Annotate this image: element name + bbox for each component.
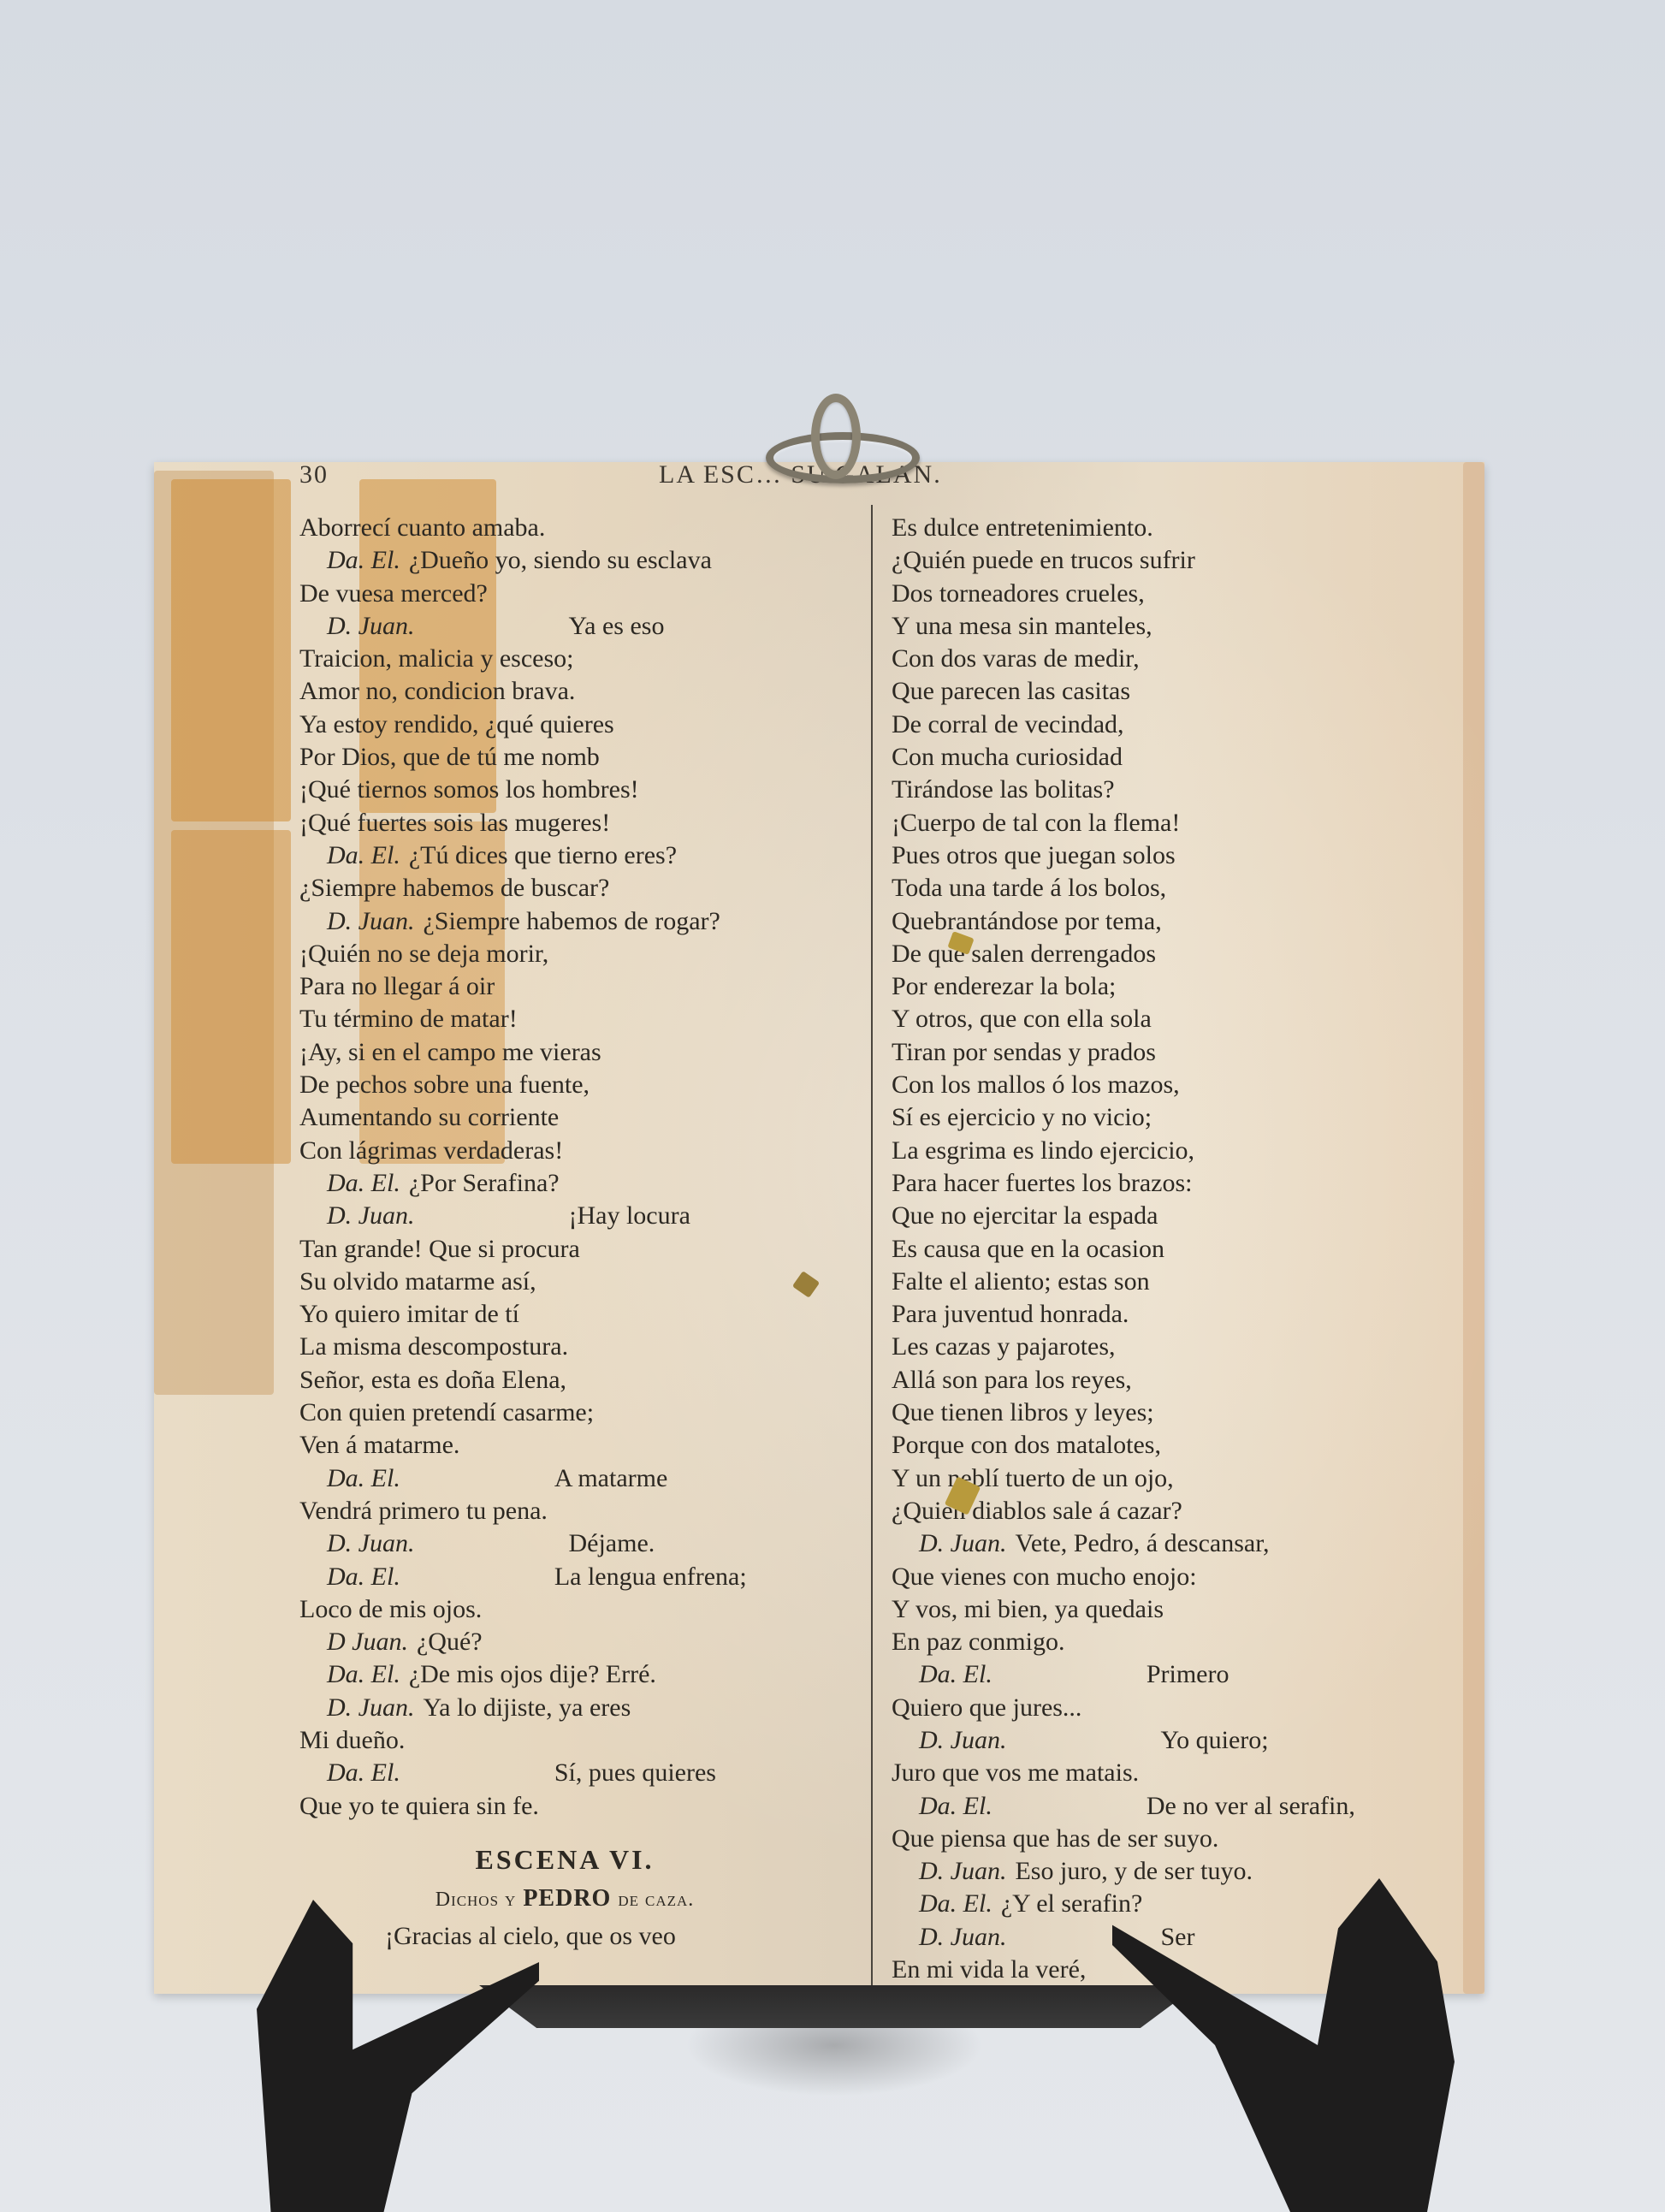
verse-text: ¿Dueño yo, siendo su esclava [409, 546, 712, 574]
verse-text: ¡Hay locura [568, 1201, 690, 1230]
verse-line: La misma descompostura. [299, 1331, 984, 1363]
verse-text: Loco de mis ojos. [299, 1595, 482, 1623]
speaker-name: D. Juan. [327, 907, 414, 935]
verse-text: Déjame. [568, 1529, 655, 1557]
verse-line: Porque con dos matalotes, [892, 1429, 1473, 1462]
stand-back [479, 1985, 1198, 2028]
right-column: Es dulce entretenimiento.¿Quién puede en… [892, 512, 1473, 1986]
verse-text: Para no llegar á oir [299, 972, 495, 1000]
verse-text: Por Dios, que de tú me nomb [299, 743, 600, 771]
verse-line: Loco de mis ojos. [299, 1593, 984, 1626]
verse-text: Juro que vos me matais. [892, 1758, 1139, 1787]
verse-text: A matarme [554, 1464, 667, 1492]
verse-line: Tan grande! Que si procura [299, 1233, 984, 1266]
verse-line: Que no ejercitar la espada [892, 1200, 1473, 1232]
verse-text: ¿Qué? [417, 1628, 483, 1656]
verse-line: ¡Cuerpo de tal con la flema! [892, 807, 1473, 839]
verse-line: Que tienen libros y leyes; [892, 1397, 1473, 1429]
verse-line: Da. El.La lengua enfrena; [299, 1561, 984, 1593]
verse-line: Que piensa que has de ser suyo. [892, 1823, 1473, 1855]
verse-line: Allá son para los reyes, [892, 1364, 1473, 1397]
verse-line: ¡Qué tiernos somos los hombres! [299, 774, 984, 806]
verse-text: ¿Quién puede en trucos sufrir [892, 546, 1195, 574]
verse-line: Para hacer fuertes los brazos: [892, 1167, 1473, 1200]
verse-text: Para hacer fuertes los brazos: [892, 1169, 1193, 1197]
verse-text: Dos torneadores crueles, [892, 579, 1145, 608]
verse-line: Tu término de matar! [299, 1003, 984, 1035]
verse-text: ¿Por Serafina? [409, 1169, 560, 1197]
verse-text: Toda una tarde á los bolos, [892, 874, 1166, 902]
verse-line: Da. El.¿Tú dices que tierno eres? [299, 839, 984, 872]
speaker-name: Da. El. [327, 546, 400, 574]
verse-line: Da. El.A matarme [299, 1462, 984, 1495]
verse-line: En paz conmigo. [892, 1626, 1473, 1658]
verse-text: Aborrecí cuanto amaba. [299, 513, 545, 542]
verse-line: Traicion, malicia y esceso; [299, 643, 984, 675]
verse-line: Tiran por sendas y prados [892, 1036, 1473, 1069]
speaker-name: D. Juan. [919, 1857, 1006, 1885]
verse-text: La esgrima es lindo ejercicio, [892, 1136, 1194, 1165]
verse-line: Es dulce entretenimiento. [892, 512, 1473, 544]
verse-text: Y otros, que con ella sola [892, 1005, 1152, 1033]
verse-line: Y una mesa sin manteles, [892, 610, 1473, 643]
verse-line: Da. El.Primero [892, 1658, 1473, 1691]
verse-line: Quebrantándose por tema, [892, 905, 1473, 938]
verse-text: Ven á matarme. [299, 1431, 459, 1459]
verse-line: Señor, esta es doña Elena, [299, 1364, 984, 1397]
verse-line: Da. El.¿De mis ojos dije? Erré. [299, 1658, 984, 1691]
verse-text: Allá son para los reyes, [892, 1366, 1132, 1394]
speaker-name: Da. El. [919, 1660, 992, 1688]
verse-text: Y vos, mi bien, ya quedais [892, 1595, 1164, 1623]
verse-text: De no ver al serafin, [1147, 1792, 1355, 1820]
verse-text: Mi dueño. [299, 1726, 405, 1754]
verse-line: Por enderezar la bola; [892, 970, 1473, 1003]
verse-line: Ven á matarme. [299, 1429, 984, 1462]
verse-text: Quiero que jures... [892, 1693, 1081, 1722]
verse-line: Da. El.Sí, pues quieres [299, 1757, 984, 1789]
verse-text: Que tienen libros y leyes; [892, 1398, 1154, 1426]
verse-text: En mi vida la veré, [892, 1955, 1086, 1984]
verse-text: Que parecen las casitas [892, 677, 1130, 705]
cast-name: PEDRO [523, 1885, 611, 1912]
verse-line: Que vienes con mucho enojo: [892, 1561, 1473, 1593]
verse-text: Pues otros que juegan solos [892, 841, 1176, 869]
verse-line: Quiero que jures... [892, 1692, 1473, 1724]
verse-text: La misma descompostura. [299, 1332, 568, 1361]
speaker-name: D. Juan. [327, 1201, 414, 1230]
verse-text: Amor no, condicion brava. [299, 677, 575, 705]
verse-text: Ya lo dijiste, ya eres [423, 1693, 631, 1722]
verse-line: Es causa que en la ocasion [892, 1233, 1473, 1266]
verse-text: ¡Cuerpo de tal con la flema! [892, 809, 1180, 837]
speaker-name: D. Juan. [327, 1529, 414, 1557]
verse-line: Mi dueño. [299, 1724, 984, 1757]
verse-line: D. Juan.Déjame. [299, 1527, 984, 1560]
photo-scene: 30 LA ESC… SU GALAN. Aborrecí cuanto ama… [0, 0, 1665, 2212]
framed-page: 30 LA ESC… SU GALAN. Aborrecí cuanto ama… [154, 462, 1484, 1994]
scene-heading: ESCENA VI. [299, 1843, 830, 1883]
verse-text: Que vienes con mucho enojo: [892, 1563, 1197, 1591]
verse-line: Con dos varas de medir, [892, 643, 1473, 675]
verse-text: Para juventud honrada. [892, 1300, 1129, 1328]
speaker-name: D. Juan. [919, 1529, 1006, 1557]
verse-line: ¡Gracias al cielo, que os veo [299, 1920, 984, 1953]
verse-text: De corral de vecindad, [892, 710, 1124, 738]
speaker-name: Da. El. [327, 1169, 400, 1197]
verse-text: Y una mesa sin manteles, [892, 612, 1152, 640]
verse-text: Que no ejercitar la espada [892, 1201, 1158, 1230]
verse-text: Con mucha curiosidad [892, 743, 1123, 771]
verse-text: ¿Siempre habemos de rogar? [423, 907, 720, 935]
verse-text: Su olvido matarme así, [299, 1267, 536, 1296]
verse-text: De pechos sobre una fuente, [299, 1070, 590, 1099]
verse-line: Con lágrimas verdaderas! [299, 1135, 984, 1167]
verse-text: Tan grande! Que si procura [299, 1235, 580, 1263]
verse-line: Por Dios, que de tú me nomb [299, 741, 984, 774]
verse-line: La esgrima es lindo ejercicio, [892, 1135, 1473, 1167]
hanger-ring-icon [811, 394, 861, 479]
verse-line: Tirándose las bolitas? [892, 774, 1473, 806]
verse-text: ¡Qué tiernos somos los hombres! [299, 775, 639, 804]
speaker-name: D Juan. [327, 1628, 408, 1656]
verse-line: De que salen derrengados [892, 938, 1473, 970]
verse-line: Les cazas y pajarotes, [892, 1331, 1473, 1363]
verse-text: En paz conmigo. [892, 1628, 1064, 1656]
verse-text: Ser [1160, 1923, 1194, 1951]
verse-line: Para juventud honrada. [892, 1298, 1473, 1331]
verse-line: Juro que vos me matais. [892, 1757, 1473, 1789]
verse-text: Señor, esta es doña Elena, [299, 1366, 566, 1394]
verse-text: Ya estoy rendido, ¿qué quieres [299, 710, 614, 738]
verse-text: Eso juro, y de ser tuyo. [1015, 1857, 1252, 1885]
verse-text: Tiran por sendas y prados [892, 1038, 1156, 1066]
speaker-name: Da. El. [919, 1889, 992, 1918]
verse-line: Da. El.De no ver al serafin, [892, 1790, 1473, 1823]
tape-stain [171, 830, 291, 1164]
verse-line: D. Juan.Ya lo dijiste, ya eres [299, 1692, 984, 1724]
verse-line: Falte el aliento; estas son [892, 1266, 1473, 1298]
verse-text: ¿De mis ojos dije? Erré. [409, 1660, 656, 1688]
verse-text: ¡Quién no se deja morir, [299, 940, 548, 968]
verse-line: Que yo te quiera sin fe. [299, 1790, 984, 1823]
speaker-name: Da. El. [327, 1660, 400, 1688]
verse-text: La lengua enfrena; [554, 1563, 747, 1591]
verse-line: Con mucha curiosidad [892, 741, 1473, 774]
verse-text: Quebrantándose por tema, [892, 907, 1162, 935]
verse-line: D Juan.¿Qué? [299, 1626, 984, 1658]
verse-text: Es causa que en la ocasion [892, 1235, 1164, 1263]
speaker-name: D. Juan. [919, 1923, 1006, 1951]
verse-text: Con lágrimas verdaderas! [299, 1136, 563, 1165]
verse-text: Yo quiero; [1160, 1726, 1268, 1754]
verse-text: Vendrá primero tu pena. [299, 1497, 548, 1525]
verse-line: Ya estoy rendido, ¿qué quieres [299, 709, 984, 741]
cast-pre: Dichos y [436, 1889, 517, 1911]
verse-text: Aumentando su corriente [299, 1103, 559, 1131]
verse-text: Tu término de matar! [299, 1005, 518, 1033]
verse-line: Yo quiero imitar de tí [299, 1298, 984, 1331]
speaker-name: Da. El. [919, 1792, 992, 1820]
verse-line: Para no llegar á oir [299, 970, 984, 1003]
speaker-name: D. Juan. [327, 612, 414, 640]
verse-text: Ya es eso [568, 612, 664, 640]
verse-line: ¿Quién diablos sale á cazar? [892, 1495, 1473, 1527]
cast-post: de caza. [618, 1889, 694, 1911]
verse-line: Aborrecí cuanto amaba. [299, 512, 984, 544]
verse-text: Primero [1147, 1660, 1229, 1688]
verse-line: Sí es ejercicio y no vicio; [892, 1101, 1473, 1134]
verse-text: ¿Siempre habemos de buscar? [299, 874, 609, 902]
verse-line: Amor no, condicion brava. [299, 675, 984, 708]
verse-line: Que parecen las casitas [892, 675, 1473, 708]
verse-line: De vuesa merced? [299, 578, 984, 610]
verse-line: Con los mallos ó los mazos, [892, 1069, 1473, 1101]
verse-text: Por enderezar la bola; [892, 972, 1116, 1000]
verse-line: Su olvido matarme así, [299, 1266, 984, 1298]
page-number: 30 [299, 460, 329, 489]
verse-text: ¿Tú dices que tierno eres? [409, 841, 677, 869]
verse-line: ¡Ay, si en el campo me vieras [299, 1036, 984, 1069]
verse-text: Con dos varas de medir, [892, 644, 1140, 673]
verse-text: ¡Ay, si en el campo me vieras [299, 1038, 601, 1066]
verse-text: De vuesa merced? [299, 579, 488, 608]
verse-text: Con los mallos ó los mazos, [892, 1070, 1180, 1099]
speaker-name: Da. El. [327, 1464, 400, 1492]
verse-text: Yo quiero imitar de tí [299, 1300, 519, 1328]
verse-text: Vete, Pedro, á descansar, [1015, 1529, 1269, 1557]
verse-line: D. Juan.¡Hay locura [299, 1200, 984, 1232]
verse-line: De pechos sobre una fuente, [299, 1069, 984, 1101]
verse-line: Da. El.¿Dueño yo, siendo su esclava [299, 544, 984, 577]
verse-line: ¡Quién no se deja morir, [299, 938, 984, 970]
verse-text: Falte el aliento; estas son [892, 1267, 1150, 1296]
verse-line: Con quien pretendí casarme; [299, 1397, 984, 1429]
scene-cast: Dichos y PEDRO de caza. [299, 1883, 830, 1920]
verse-text: Sí es ejercicio y no vicio; [892, 1103, 1152, 1131]
verse-line: Y vos, mi bien, ya quedais [892, 1593, 1473, 1626]
verse-line: ¿Quién puede en trucos sufrir [892, 544, 1473, 577]
verse-line: D. Juan.Eso juro, y de ser tuyo. [892, 1855, 1473, 1888]
verse-text: Sí, pues quieres [554, 1758, 716, 1787]
speaker-name: Da. El. [327, 1563, 400, 1591]
speaker-name: Da. El. [327, 1758, 400, 1787]
verse-line: Aumentando su corriente [299, 1101, 984, 1134]
verse-line: D. Juan.¿Siempre habemos de rogar? [299, 905, 984, 938]
verse-text: Les cazas y pajarotes, [892, 1332, 1116, 1361]
verse-text: Que yo te quiera sin fe. [299, 1792, 539, 1820]
verse-text: Tirándose las bolitas? [892, 775, 1115, 804]
verse-text: ¡Qué fuertes sois las mugeres! [299, 809, 610, 837]
left-column: Aborrecí cuanto amaba.Da. El.¿Dueño yo, … [299, 512, 984, 1953]
verse-text: Traicion, malicia y esceso; [299, 644, 573, 673]
verse-line: ¿Siempre habemos de buscar? [299, 872, 984, 904]
verse-text: Con quien pretendí casarme; [299, 1398, 594, 1426]
verse-text: Porque con dos matalotes, [892, 1431, 1161, 1459]
verse-line: Da. El.¿Por Serafina? [299, 1167, 984, 1200]
verse-text: Y un neblí tuerto de un ojo, [892, 1464, 1174, 1492]
verse-line: D. Juan.Ya es eso [299, 610, 984, 643]
speaker-name: D. Juan. [327, 1693, 414, 1722]
verse-text: ¿Quién diablos sale á cazar? [892, 1497, 1182, 1525]
verse-line: Toda una tarde á los bolos, [892, 872, 1473, 904]
verse-line: D. Juan.Vete, Pedro, á descansar, [892, 1527, 1473, 1560]
verse-line: De corral de vecindad, [892, 709, 1473, 741]
verse-text: ¿Y el serafin? [1001, 1889, 1142, 1918]
speaker-name: Da. El. [327, 841, 400, 869]
verse-line: Pues otros que juegan solos [892, 839, 1473, 872]
verse-line: Vendrá primero tu pena. [299, 1495, 984, 1527]
tape-stain [171, 479, 291, 821]
verse-line: Dos torneadores crueles, [892, 578, 1473, 610]
verse-line: Y otros, que con ella sola [892, 1003, 1473, 1035]
verse-line: ¡Qué fuertes sois las mugeres! [299, 807, 984, 839]
verse-text: De que salen derrengados [892, 940, 1156, 968]
verse-text: Es dulce entretenimiento. [892, 513, 1153, 542]
verse-text: Que piensa que has de ser suyo. [892, 1824, 1218, 1853]
speaker-name: D. Juan. [919, 1726, 1006, 1754]
verse-line: D. Juan.Yo quiero; [892, 1724, 1473, 1757]
